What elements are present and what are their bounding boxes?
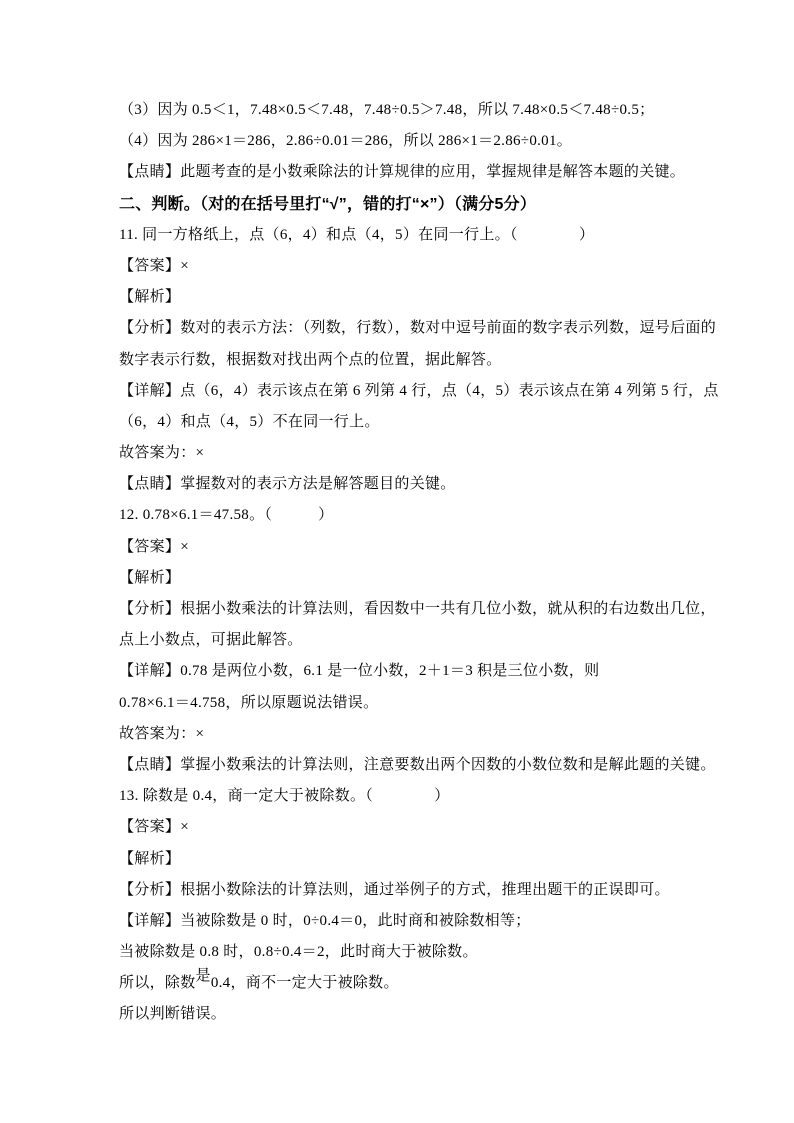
answer-label-13: 【答案】×: [119, 812, 719, 843]
document-content: （3）因为 0.5＜1，7.48×0.5＜7.48，7.48÷0.5＞7.48，…: [119, 95, 719, 1031]
summary-line-11: 【点睛】掌握数对的表示方法是解答题目的关键。: [119, 469, 719, 500]
analysis-line: 数字表示行数，根据数对找出两个点的位置，据此解答。: [119, 345, 719, 376]
detail-line: 当被除数是 0.8 时，0.8÷0.4＝2，此时商大于被除数。: [119, 937, 719, 968]
conclusion-suffix: 0.4，商不一定大于被除数。: [211, 975, 399, 991]
conclusion-line: 所以，除数是0.4，商不一定大于被除数。: [119, 968, 719, 999]
question-12: 12. 0.78×6.1＝47.58。（ ）: [119, 500, 719, 531]
raised-character: 是: [196, 968, 211, 984]
answer-label-11: 【答案】×: [119, 251, 719, 282]
analysis-line: 【分析】根据小数除法的计算法则，通过举例子的方式，推理出题干的正误即可。: [119, 875, 719, 906]
final-answer-line-12: 故答案为：×: [119, 719, 719, 750]
question-11: 11. 同一方格纸上，点（6，4）和点（4，5）在同一行上。（ ）: [119, 220, 719, 251]
analysis-line: 【分析】根据小数乘法的计算法则，看因数中一共有几位小数，就从积的右边数出几位，: [119, 594, 719, 625]
explanation-line-3: （3）因为 0.5＜1，7.48×0.5＜7.48，7.48÷0.5＞7.48，…: [119, 95, 719, 126]
detail-line: 【详解】点（6，4）表示该点在第 6 列第 4 行，点（4，5）表示该点在第 4…: [119, 376, 719, 407]
analysis-label-13: 【解析】: [119, 844, 719, 875]
explanation-line-4: （4）因为 286×1＝286，2.86÷0.01＝286，所以 286×1＝2…: [119, 126, 719, 157]
detail-line: 【详解】当被除数是 0 时，0÷0.4＝0，此时商和被除数相等；: [119, 906, 719, 937]
conclusion-prefix: 所以，除数: [119, 975, 196, 991]
detail-line: 【详解】0.78 是两位小数，6.1 是一位小数，2＋1＝3 积是三位小数，则: [119, 656, 719, 687]
detail-line: 0.78×6.1＝4.758，所以原题说法错误。: [119, 688, 719, 719]
analysis-label-11: 【解析】: [119, 282, 719, 313]
document-page: （3）因为 0.5＜1，7.48×0.5＜7.48，7.48÷0.5＞7.48，…: [0, 0, 794, 1123]
detail-line: （6，4）和点（4，5）不在同一行上。: [119, 407, 719, 438]
summary-line-12: 【点睛】掌握小数乘法的计算法则，注意要数出两个因数的小数位数和是解此题的关键。: [119, 750, 719, 781]
analysis-line: 【分析】数对的表示方法：（列数，行数），数对中逗号前面的数字表示列数，逗号后面的: [119, 313, 719, 344]
summary-line: 【点睛】此题考查的是小数乘除法的计算规律的应用，掌握规律是解答本题的关键。: [119, 157, 719, 188]
conclusion-line: 所以判断错误。: [119, 999, 719, 1030]
analysis-line: 点上小数点，可据此解答。: [119, 625, 719, 656]
analysis-label-12: 【解析】: [119, 563, 719, 594]
section-heading: 二、判断。（对的在括号里打“√”，错的打“×”）（满分5分）: [119, 189, 719, 220]
question-13: 13. 除数是 0.4，商一定大于被除数。（ ）: [119, 781, 719, 812]
final-answer-line-11: 故答案为：×: [119, 438, 719, 469]
answer-label-12: 【答案】×: [119, 532, 719, 563]
